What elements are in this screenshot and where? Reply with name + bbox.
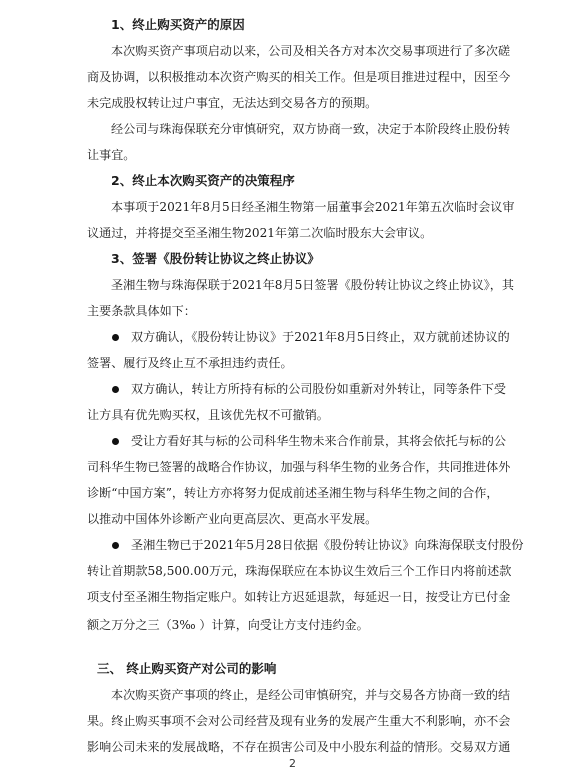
section-heading-decision-procedure: 2、终止本次购买资产的决策程序 (111, 173, 501, 189)
paragraph-line: 未完成股权转让过户事宜，无法达到交易各方的预期。 (87, 95, 501, 111)
paragraph-line: 本次购买资产事项启动以来，公司及相关各方对本次交易事项进行了多次磋 (111, 43, 501, 59)
bullet-icon (112, 438, 119, 445)
bullet-line: 双方确认，转让方所持有标的公司股份如重新对外转让，同等条件下受 (131, 381, 501, 397)
paragraph-line: 圣湘生物与珠海保联于2021年8月5日签署《股份转让协议之终止协议》，其 (111, 277, 501, 293)
section-heading-impact: 三、 终止购买资产对公司的影响 (97, 661, 511, 677)
paragraph-line: 议通过，并将提交至圣湘生物2021年第二次临时股东大会审议。 (87, 225, 501, 241)
paragraph-line: 让事宜。 (87, 147, 501, 163)
bullet-line: 双方确认，《股份转让协议》于2021年8月5日终止，双方就前述协议的 (131, 329, 501, 345)
bullet-icon (112, 542, 119, 549)
section-heading-termination-reason: 1、终止购买资产的原因 (111, 17, 501, 33)
bullet-line: 司科华生物已签署的战略合作协议，加强与科华生物的业务合作，共同推进体外 (87, 459, 501, 475)
paragraph-line: 本事项于2021年8月5日经圣湘生物第一届董事会2021年第五次临时会议审 (111, 199, 501, 215)
bullet-line: 让方具有优先购买权，且该优先权不可撤销。 (87, 407, 501, 423)
paragraph-line: 果。终止购买事项不会对公司经营及现有业务的发展产生重大不利影响，亦不会 (87, 713, 501, 729)
paragraph-line: 商及协调，以积极推动本次资产购买的相关工作。但是项目推进过程中，因至今 (87, 69, 501, 85)
bullet-line: 圣湘生物已于2021年5月28日依据《股份转让协议》向珠海保联支付股份 (131, 537, 501, 553)
bullet-line: 项支付至圣湘生物指定账户。如转让方迟延退款，每延迟一日，按受让方已付金 (87, 589, 501, 605)
bullet-icon (112, 334, 119, 341)
page-number: 2 (289, 757, 296, 770)
bullet-line: 额之万分之三（3‰ ）计算，向受让方支付违约金。 (87, 617, 501, 633)
section-heading-termination-agreement: 3、签署《股份转让协议之终止协议》 (111, 251, 501, 267)
bullet-line: 转让首期款58,500.00万元，珠海保联应在本协议生效后三个工作日内将前述款 (87, 563, 501, 579)
paragraph-line: 影响公司未来的发展战略，不存在损害公司及中小股东利益的情形。交易双方通 (87, 739, 501, 755)
bullet-line: 签署、履行及终止互不承担违约责任。 (87, 355, 501, 371)
paragraph-line: 本次购买资产事项的终止，是经公司审慎研究，并与交易各方协商一致的结 (111, 687, 501, 703)
paragraph-line: 经公司与珠海保联充分审慎研究，双方协商一致，决定于本阶段终止股份转 (111, 121, 501, 137)
paragraph-line: 主要条款具体如下： (87, 303, 501, 319)
bullet-line: 诊断“中国方案”，转让方亦将努力促成前述圣湘生物与科华生物之间的合作， (87, 485, 501, 501)
bullet-line: 受让方看好其与标的公司科华生物未来合作前景，其将会依托与标的公 (131, 433, 501, 449)
bullet-line: 以推动中国体外诊断产业向更高层次、更高水平发展。 (87, 511, 501, 527)
bullet-icon (112, 386, 119, 393)
document-page: 1、终止购买资产的原因 本次购买资产事项启动以来，公司及相关各方对本次交易事项进… (0, 0, 587, 775)
